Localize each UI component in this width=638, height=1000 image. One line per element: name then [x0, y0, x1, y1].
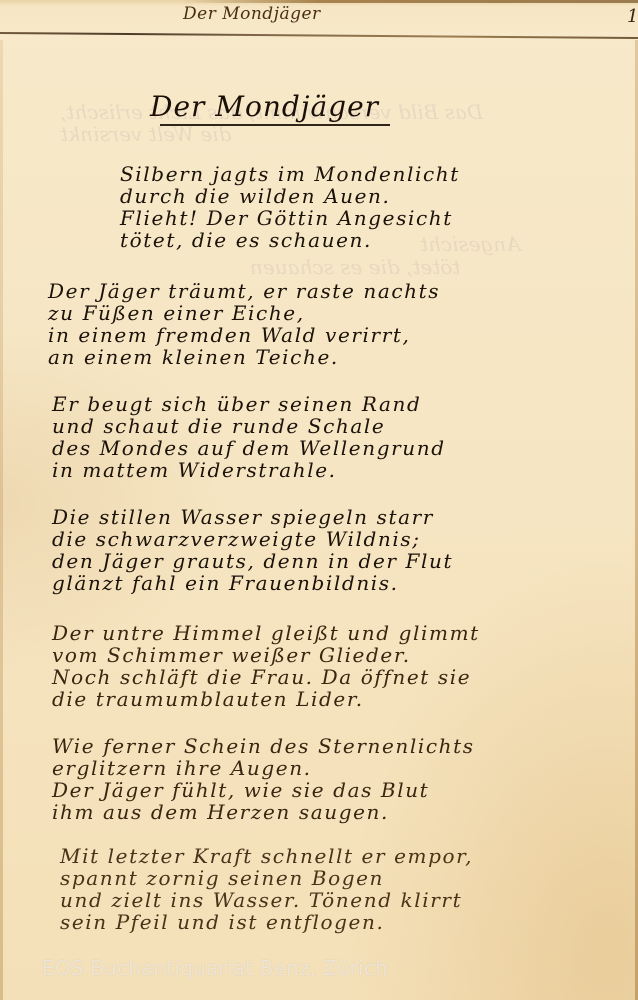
title-underline — [160, 124, 390, 126]
verse-line: Noch schläft die Frau. Da öffnet sie — [52, 666, 480, 688]
stanza-1: Silbern jagts im Mondenlicht durch die w… — [120, 163, 460, 251]
bleed-through-text: tötet, die es schauen — [250, 255, 460, 279]
verse-line: Silbern jagts im Mondenlicht — [120, 163, 460, 185]
verse-line: und zielt ins Wasser. Tönend klirrt — [60, 889, 473, 911]
manuscript-page: Der Mondjäger 1 Das Bild verschwimmt, da… — [0, 0, 638, 1000]
stanza-5: Der untre Himmel gleißt und glimmt vom S… — [52, 622, 480, 710]
verse-line: in einem fremden Wald verirrt, — [48, 324, 440, 346]
poem-title: Der Mondjäger — [150, 90, 379, 123]
verse-line: Flieht! Der Göttin Angesicht — [120, 207, 460, 229]
verse-line: Der Jäger fühlt, wie sie das Blut — [52, 779, 475, 801]
verse-line: Mit letzter Kraft schnellt er empor, — [60, 845, 473, 867]
verse-line: vom Schimmer weißer Glieder. — [52, 644, 480, 666]
verse-line: glänzt fahl ein Frauenbildnis. — [52, 572, 453, 594]
verse-line: Wie ferner Schein des Sternenlichts — [52, 735, 475, 757]
verse-line: durch die wilden Auen. — [120, 185, 460, 207]
verse-line: die schwarzverzweigte Wildnis; — [52, 528, 453, 550]
verse-line: Er beugt sich über seinen Rand — [52, 393, 446, 415]
verse-line: den Jäger grauts, denn in der Flut — [52, 550, 453, 572]
stanza-4: Die stillen Wasser spiegeln starr die sc… — [52, 506, 453, 594]
stanza-3: Er beugt sich über seinen Rand und schau… — [52, 393, 446, 481]
verse-line: in mattem Widerstrahle. — [52, 459, 446, 481]
verse-line: an einem kleinen Teiche. — [48, 346, 440, 368]
verse-line: sein Pfeil und ist entflogen. — [60, 911, 473, 933]
watermark: EOS Buchantiquariat Benz, Zürich — [42, 956, 388, 980]
verse-line: ihm aus dem Herzen saugen. — [52, 801, 475, 823]
page-number: 1 — [627, 6, 638, 27]
verse-line: spannt zornig seinen Bogen — [60, 867, 473, 889]
verse-line: tötet, die es schauen. — [120, 229, 460, 251]
verse-line: und schaut die runde Schale — [52, 415, 446, 437]
stanza-2: Der Jäger träumt, er raste nachts zu Füß… — [48, 280, 440, 368]
stanza-6: Wie ferner Schein des Sternenlichts ergl… — [52, 735, 475, 823]
verse-line: Die stillen Wasser spiegeln starr — [52, 506, 453, 528]
header-rule — [0, 32, 638, 39]
page-left-edge — [0, 40, 3, 1000]
verse-line: die traumumblauten Lider. — [52, 688, 480, 710]
stanza-7: Mit letzter Kraft schnellt er empor, spa… — [60, 845, 473, 933]
verse-line: erglitzern ihre Augen. — [52, 757, 475, 779]
verse-line: zu Füßen einer Eiche, — [48, 302, 440, 324]
verse-line: Der untre Himmel gleißt und glimmt — [52, 622, 480, 644]
verse-line: des Mondes auf dem Wellengrund — [52, 437, 446, 459]
verse-line: Der Jäger träumt, er raste nachts — [48, 280, 440, 302]
running-header: Der Mondjäger — [183, 4, 321, 24]
underlying-page-edge — [180, 0, 638, 3]
